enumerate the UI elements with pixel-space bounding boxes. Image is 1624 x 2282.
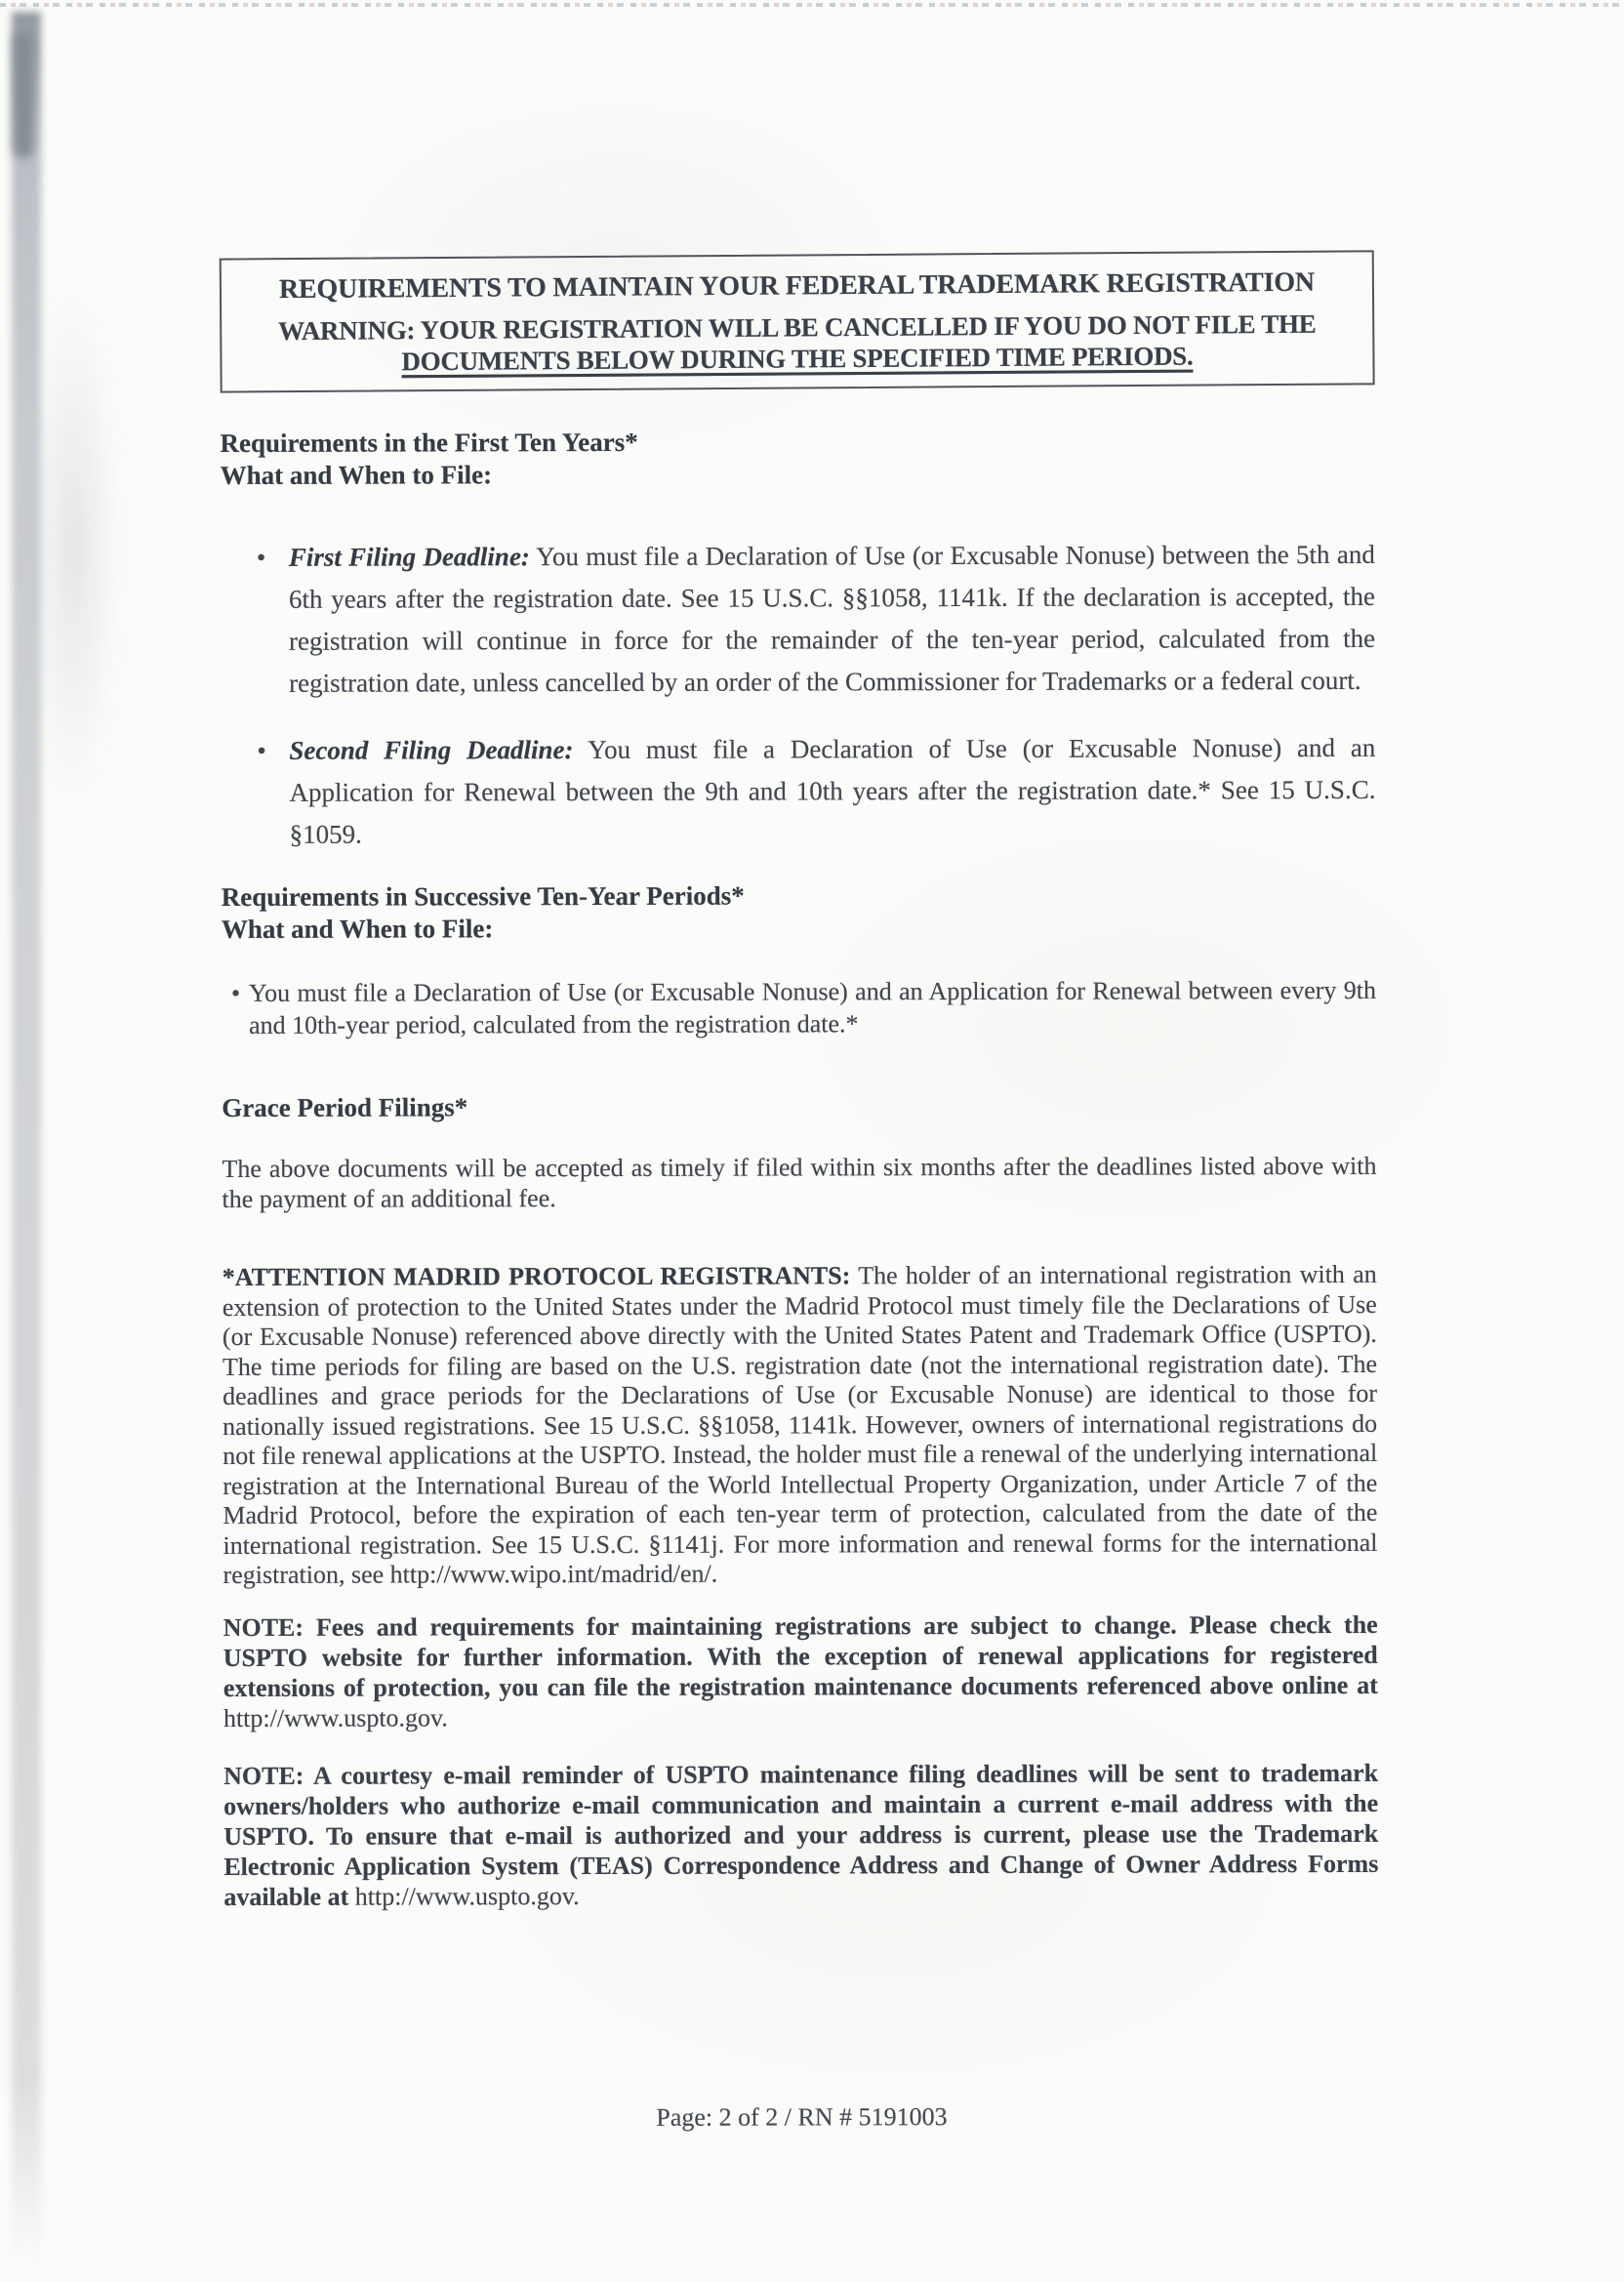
banner-title: REQUIREMENTS TO MAINTAIN YOUR FEDERAL TR…	[233, 265, 1360, 306]
banner-warning-underlined-line: DOCUMENTS BELOW DURING THE SPECIFIED TIM…	[233, 339, 1360, 379]
madrid-lead: *ATTENTION MADRID PROTOCOL REGISTRANTS:	[223, 1261, 851, 1291]
subheading-line: What and When to File:	[222, 911, 1376, 946]
madrid-body: The holder of an international registrat…	[223, 1260, 1378, 1589]
warning-banner-box: REQUIREMENTS TO MAINTAIN YOUR FEDERAL TR…	[220, 250, 1375, 392]
note-lead: NOTE:	[223, 1612, 304, 1641]
madrid-protocol-paragraph: *ATTENTION MADRID PROTOCOL REGISTRANTS: …	[223, 1260, 1378, 1591]
scan-noise-line	[0, 3, 1624, 7]
heading-line: Requirements in Successive Ten-Year Peri…	[222, 878, 1376, 914]
bullet-text: You must file a Declaration of Use (or E…	[249, 976, 1376, 1039]
section-first-ten-years-heading: Requirements in the First Ten Years* Wha…	[220, 425, 1374, 492]
uspto-url-text: http://www.uspto.gov.	[355, 1882, 580, 1911]
list-item: First Filing Deadline: You must file a D…	[221, 534, 1375, 705]
note-body: Fees and requirements for maintaining re…	[223, 1610, 1378, 1701]
scan-edge-shadow-dark	[14, 31, 33, 158]
subheading-line: What and When to File:	[221, 457, 1375, 492]
document-content: REQUIREMENTS TO MAINTAIN YOUR FEDERAL TR…	[220, 253, 1379, 2134]
section-successive-periods-heading: Requirements in Successive Ten-Year Peri…	[222, 878, 1376, 946]
note-email-reminder: NOTE: A courtesy e-mail reminder of USPT…	[223, 1757, 1378, 1911]
grace-period-heading: Grace Period Filings*	[222, 1089, 1376, 1124]
bullet-lead: Second Filing Deadline:	[289, 735, 573, 765]
note-lead: NOTE:	[223, 1761, 304, 1789]
note-online-filing: NOTE: Fees and requirements for maintain…	[223, 1609, 1378, 1732]
list-item: You must file a Declaration of Use (or E…	[222, 974, 1376, 1041]
bullet-lead: First Filing Deadline:	[289, 542, 530, 572]
first-ten-years-bullet-list: First Filing Deadline: You must file a D…	[221, 534, 1376, 856]
page-footer: Page: 2 of 2 / RN # 5191003	[224, 2099, 1379, 2133]
successive-periods-bullet-list: You must file a Declaration of Use (or E…	[222, 974, 1376, 1041]
uspto-url-text: http://www.uspto.gov.	[223, 1703, 448, 1732]
scan-smudge	[29, 293, 117, 800]
list-item: Second Filing Deadline: You must file a …	[221, 727, 1375, 856]
grace-period-body: The above documents will be accepted as …	[222, 1151, 1376, 1214]
heading-line: Requirements in the First Ten Years*	[220, 425, 1374, 460]
scanned-document-page: REQUIREMENTS TO MAINTAIN YOUR FEDERAL TR…	[0, 0, 1624, 2282]
